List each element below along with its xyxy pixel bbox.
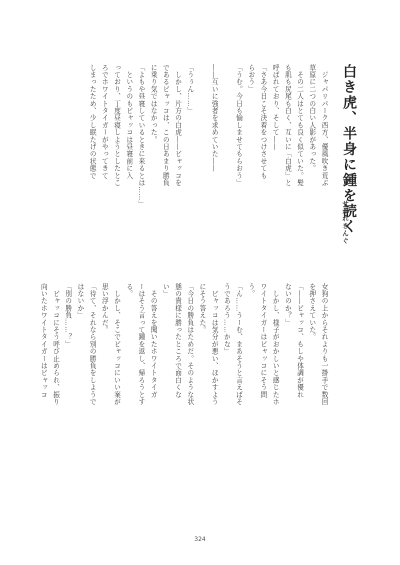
text-line: というのもビャッコは昼寝前に入 <box>123 64 135 259</box>
text-line: 思い浮かんだ。 <box>98 283 110 513</box>
author-name: せがれきんぐ <box>341 200 350 245</box>
text-line: 「うむ。今日も愉しませてもらおう」 <box>232 64 244 259</box>
text-line: 「待て、それなら別の勝負をしようで <box>86 283 98 513</box>
text-line: 「うぅん……」 <box>184 64 196 259</box>
text-line: い」 <box>159 283 171 513</box>
text-line: ジャパリパーク西方、優風吹き荒ぶ <box>318 64 330 259</box>
text-line: ワイトタイガーはビャッコにそう問 <box>257 283 269 513</box>
text-line: ろでホワイトタイガーがやってきて <box>98 64 110 259</box>
text-line: 「今日の勝負はためだ。そのような状 <box>184 283 196 513</box>
text-line: であるビャッコは、この日あまり勝負 <box>159 64 171 259</box>
text-line: 態の貴様に勝ったところで面白くな <box>171 283 183 513</box>
text-line: 呼ばれており、そして―― <box>269 64 281 259</box>
text-line: うであろう……かな」 <box>220 283 232 513</box>
text-line: も肌も尻尾も白く、互いに「白虎」と <box>281 64 293 259</box>
text-line: に乗り気ではなかった。 <box>147 64 159 259</box>
text-line: ――互いに強者を求めていた―― <box>208 64 220 259</box>
text-line: 「よもや昼寝しているときに来るとは……」 <box>135 64 147 259</box>
page-number: 324 <box>0 536 400 543</box>
text-line: っており、丁度昼寝しようとしたとこ <box>110 64 122 259</box>
text-line: 女狗の上からそれよりも一掛手で数回 <box>318 283 330 513</box>
text-line: しかし、様子がおかしいと感じたホ <box>269 283 281 513</box>
text-line <box>196 64 208 259</box>
text-line: 向いたホワイトタイガーはビャッコ <box>40 283 49 513</box>
text-line: しまったため、少し眠たげの状態で <box>86 64 98 259</box>
text-line: しかし、そこでビャッコにいい案が <box>110 283 122 513</box>
text-line: を押さえていた。 <box>306 283 318 513</box>
text-line: 「――ビャッコ、もしや体調が優れ <box>293 283 305 513</box>
text-line: 「ん……うーむ、まあそうと言えばそ <box>232 283 244 513</box>
text-line: しかし、片方の白虎――ビャッコを <box>171 64 183 259</box>
text-line: う。 <box>245 283 257 513</box>
text-line: ビャッコは気分が悪い、ほかすよう <box>208 283 220 513</box>
upper-text-block: ジャパリパーク西方、優風吹き荒ぶ草原に二つの白い人影があった。 その二人はとても… <box>40 64 330 259</box>
text-line <box>220 64 232 259</box>
text-line: る。 <box>123 283 135 513</box>
book-page: 白き虎、半身に鍾を読く せがれきんぐ ジャパリパーク西方、優風吹き荒ぶ草原に二つ… <box>0 0 400 565</box>
text-line: ないのか？」 <box>281 283 293 513</box>
lower-text-block: 女狗の上からそれよりも一掛手で数回を押さえていた。「――ビャッコ、もしや体調が優… <box>40 283 330 513</box>
text-line: 「さあ今日こそ決着をつけさせても <box>257 64 269 259</box>
text-line: 「別の勝負……？」 <box>62 283 74 513</box>
text-line: ーはそう言って踵を返し、帰ろうとす <box>135 283 147 513</box>
text-line: にそう答えた。 <box>196 283 208 513</box>
text-line: ビャッコにそう呼び止められ、振り <box>49 283 61 513</box>
text-line: らおう」 <box>245 64 257 259</box>
text-line: その二人はとても良く似ていた。髪 <box>293 64 305 259</box>
text-line: その答えを聞いたホワイトタイガ <box>147 283 159 513</box>
text-line: 草原に二つの白い人影があった。 <box>306 64 318 259</box>
text-line: はないか」 <box>74 283 86 513</box>
